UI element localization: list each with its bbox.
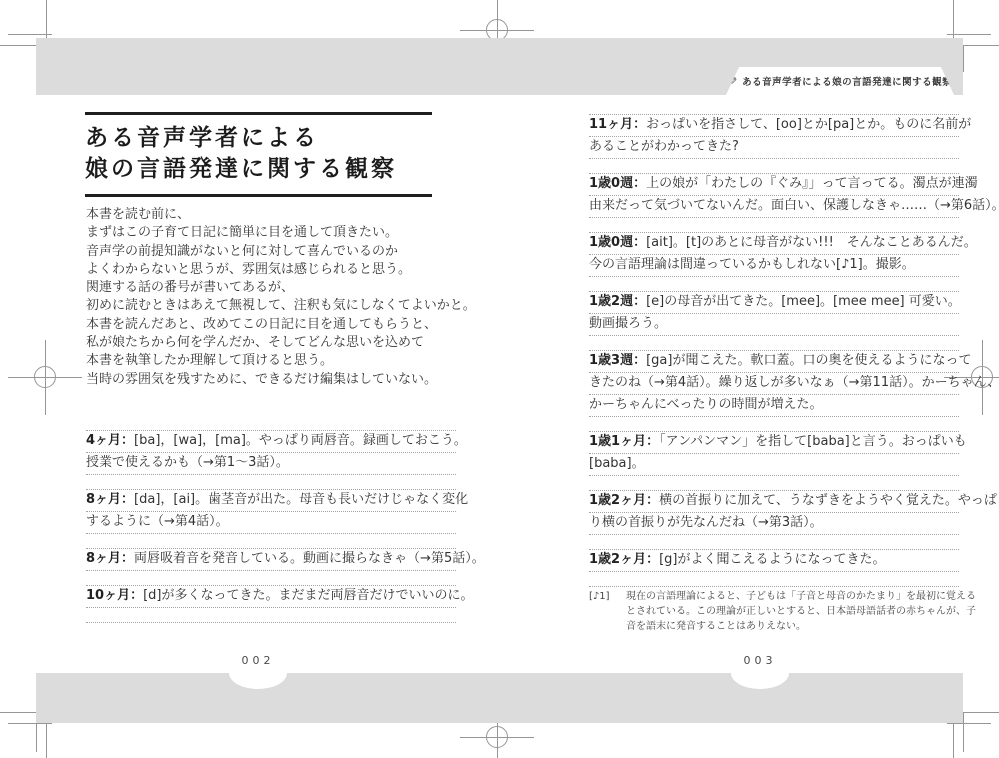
entry-label: 1歳3週：	[589, 353, 646, 368]
entry-line: 授業で使えるかも（→第1～3話）。	[86, 453, 456, 475]
entry-line: り横の首振りが先なんだね（→第3話）。	[589, 513, 959, 535]
trim-mark-top-right	[953, 0, 954, 40]
entry-line: 1歳1ヶ月：「アンパンマン」を指して[baba]と言う。おっぱいも	[589, 432, 959, 454]
intro-line: 当時の雰囲気を残すために、できるだけ編集はしていない。	[86, 371, 486, 389]
entry-line: 4ヶ月：[ba]，[wa]，[ma]。やっぱり両唇音。録画しておこう。	[86, 431, 456, 453]
diary-entries-right: 11ヶ月：おっぱいを指さして、[oo]とか[pa]とか。ものに名前が あることが…	[589, 114, 959, 587]
running-head-tab: ✎ ある音声学者による娘の言語発達に関する観察	[726, 67, 954, 95]
entry-line: 1歳0週：上の娘が「わたしの『ぐみ』」って言ってる。濁点が連濁	[589, 174, 959, 196]
registration-mark-left	[34, 366, 56, 388]
diary-entry: 1歳0週：[ait]。[t]のあとに母音がない!!! そんなことあるんだ。 今の…	[589, 232, 959, 277]
diary-entry: 10ヶ月：[d]が多くなってきた。まだまだ両唇音だけでいいのに。	[86, 585, 456, 608]
entry-text: [g]がよく聞こえるようになってきた。	[659, 552, 885, 567]
entry-label: 8ヶ月：	[86, 551, 134, 566]
entry-label: 8ヶ月：	[86, 492, 134, 507]
trim-mark-bottom-right	[953, 718, 954, 758]
footnote-marker: [♪1]	[589, 589, 626, 634]
entry-text: [e]の母音が出てきた。[mee]。[mee mee] 可愛い。	[646, 294, 961, 309]
trim-mark-bottom-left	[46, 718, 47, 758]
intro-line: 初めに読むときはあえて無視して、注釈も気にしなくてよいかと。	[86, 297, 486, 315]
chapter-title-line2: 娘の言語発達に関する観察	[85, 154, 432, 185]
entry-line: 8ヶ月：[da]，[ai]。歯茎音が出た。母音も長いだけじゃなく変化	[86, 490, 456, 512]
intro-line: 私が娘たちから何を学んだか、そしてどんな思いを込めて	[86, 334, 486, 352]
page-number-right: 003	[700, 654, 820, 667]
trim-mark-bottom-right	[963, 712, 999, 713]
entry-line: 10ヶ月：[d]が多くなってきた。まだまだ両唇音だけでいいのに。	[86, 586, 456, 608]
intro-line: 本書を読む前に、	[86, 206, 486, 224]
entry-label: 1歳2週：	[589, 294, 646, 309]
entry-text: [ba]，[wa]，[ma]。やっぱり両唇音。録画しておこう。	[134, 433, 467, 448]
entry-text: 横の首振りに加えて、うなずきをようやく覚えた。やっぱ	[659, 493, 997, 508]
entry-text: り横の首振りが先なんだね（→第3話）。	[589, 515, 823, 530]
entry-text: 上の娘が「わたしの『ぐみ』」って言ってる。濁点が連濁	[646, 176, 978, 191]
entry-label: 1歳2ヶ月：	[589, 493, 659, 508]
entry-label: 1歳1ヶ月：	[589, 434, 659, 449]
entry-text: [da]，[ai]。歯茎音が出た。母音も長いだけじゃなく変化	[134, 492, 468, 507]
entry-label: 1歳2ヶ月：	[589, 552, 659, 567]
diary-entry: 1歳2週：[e]の母音が出てきた。[mee]。[mee mee] 可愛い。 動画…	[589, 291, 959, 336]
entry-text: [ait]。[t]のあとに母音がない!!! そんなことあるんだ。	[646, 235, 977, 250]
diary-entry: 8ヶ月：[da]，[ai]。歯茎音が出た。母音も長いだけじゃなく変化 するように…	[86, 489, 456, 534]
entry-text: 動画撮ろう。	[589, 316, 667, 331]
diary-entry: 11ヶ月：おっぱいを指さして、[oo]とか[pa]とか。ものに名前が あることが…	[589, 114, 959, 159]
trim-mark-bottom-left	[0, 712, 36, 713]
diary-entry: 1歳2ヶ月：[g]がよく聞こえるようになってきた。	[589, 549, 959, 572]
entry-line: 11ヶ月：おっぱいを指さして、[oo]とか[pa]とか。ものに名前が	[589, 115, 959, 137]
trailing-rule	[86, 622, 456, 623]
book-spread: ✎ ある音声学者による娘の言語発達に関する観察 ある音声学者による 娘の言語発達…	[0, 0, 999, 758]
entry-line: 1歳2ヶ月：[g]がよく聞こえるようになってきた。	[589, 550, 959, 572]
entry-text: かーちゃんにべったりの時間が増えた。	[589, 397, 822, 412]
bottom-bleed-band	[36, 673, 963, 723]
intro-line: 音声学の前提知識がないと何に対して喜んでいるのか	[86, 243, 486, 261]
diary-entry: 1歳0週：上の娘が「わたしの『ぐみ』」って言ってる。濁点が連濁 由来だって気づい…	[589, 173, 959, 218]
diary-entry: 4ヶ月：[ba]，[wa]，[ma]。やっぱり両唇音。録画しておこう。 授業で使…	[86, 430, 456, 475]
entry-line: かーちゃんにべったりの時間が増えた。	[589, 395, 959, 417]
entry-text: 両唇吸着音を発音している。動画に撮らなきゃ（→第5話）。	[134, 551, 485, 566]
entry-line: 由来だって気づいてないんだ。面白い、保護しなきゃ……（→第6話）。	[589, 196, 959, 218]
intro-paragraph: 本書を読む前に、 まずはこの子育て日記に簡単に目を通して頂きたい。 音声学の前提…	[86, 206, 486, 389]
entry-line: 今の言語理論は間違っているかもしれない[♪1]。撮影。	[589, 255, 959, 277]
chapter-title-block: ある音声学者による 娘の言語発達に関する観察	[85, 112, 432, 197]
trim-mark-top-left	[46, 0, 47, 40]
trailing-rule	[589, 586, 959, 587]
entry-text: [baba]。	[589, 456, 645, 471]
footnote-line: 音を語末に発音することはありえない。	[626, 619, 976, 634]
diary-entry: 1歳3週：[ga]が聞こえた。軟口蓋。口の奥を使えるようになって きたのね（→第…	[589, 350, 959, 417]
entry-text: [d]が多くなってきた。まだまだ両唇音だけでいいのに。	[143, 588, 473, 603]
intro-line: 本書を執筆したか理解して頂けると思う。	[86, 352, 486, 370]
trim-mark-top-right	[963, 45, 999, 46]
entry-text: おっぱいを指さして、[oo]とか[pa]とか。ものに名前が	[646, 117, 971, 132]
trim-mark-bottom-right	[963, 712, 964, 752]
intro-line: 関連する話の番号が書いてあるが、	[86, 279, 486, 297]
diary-entries-left: 4ヶ月：[ba]，[wa]，[ma]。やっぱり両唇音。録画しておこう。 授業で使…	[86, 430, 456, 623]
entry-text: 今の言語理論は間違っているかもしれない[♪1]。撮影。	[589, 257, 915, 272]
entry-text: するように（→第4話）。	[86, 514, 229, 529]
footnote-line: とされている。この理論が正しいとすると、日本語母語話者の赤ちゃんが、子	[626, 604, 976, 619]
intro-line: 本書を読んだあと、改めてこの日記に目を通してもらうと、	[86, 316, 486, 334]
trim-mark-top-left	[0, 45, 36, 46]
diary-entry: 1歳1ヶ月：「アンパンマン」を指して[baba]と言う。おっぱいも [baba]…	[589, 431, 959, 476]
entry-line: 1歳0週：[ait]。[t]のあとに母音がない!!! そんなことあるんだ。	[589, 233, 959, 255]
entry-label: 4ヶ月：	[86, 433, 134, 448]
trim-mark-top-right	[963, 45, 964, 72]
entry-label: 1歳0週：	[589, 235, 646, 250]
footnote-body: 現在の言語理論によると、子どもは「子音と母音のかたまり」を最初に覚える とされて…	[626, 589, 976, 634]
entry-text: 由来だって気づいてないんだ。面白い、保護しなきゃ……（→第6話）。	[589, 198, 999, 213]
entry-line: 1歳3週：[ga]が聞こえた。軟口蓋。口の奥を使えるようになって	[589, 351, 959, 373]
diary-entry: 8ヶ月：両唇吸着音を発音している。動画に撮らなきゃ（→第5話）。	[86, 548, 456, 571]
entry-line: あることがわかってきた?	[589, 137, 959, 159]
intro-line: よくわからないと思うが、雰囲気は感じられると思う。	[86, 261, 486, 279]
entry-label: 1歳0週：	[589, 176, 646, 191]
entry-line: 1歳2ヶ月：横の首振りに加えて、うなずきをようやく覚えた。やっぱ	[589, 491, 959, 513]
entry-line: 1歳2週：[e]の母音が出てきた。[mee]。[mee mee] 可愛い。	[589, 292, 959, 314]
entry-text: きたのね（→第4話）。繰り返しが多いなぁ（→第11話）。かーちゃん、	[589, 375, 999, 390]
chapter-title-line1: ある音声学者による	[85, 123, 432, 154]
intro-line: まずはこの子育て日記に簡単に目を通して頂きたい。	[86, 224, 486, 242]
entry-text: あることがわかってきた?	[589, 139, 739, 154]
footnote-line: 現在の言語理論によると、子どもは「子音と母音のかたまり」を最初に覚える	[626, 589, 976, 604]
entry-text: 授業で使えるかも（→第1～3話）。	[86, 455, 289, 470]
entry-line: [baba]。	[589, 454, 959, 476]
entry-text: [ga]が聞こえた。軟口蓋。口の奥を使えるようになって	[646, 353, 971, 368]
footnote: [♪1] 現在の言語理論によると、子どもは「子音と母音のかたまり」を最初に覚える…	[589, 589, 959, 634]
registration-mark-bottom	[486, 726, 508, 748]
page-number-left: 002	[198, 654, 318, 667]
running-head-text: ある音声学者による娘の言語発達に関する観察	[742, 74, 952, 88]
diary-entry: 1歳2ヶ月：横の首振りに加えて、うなずきをようやく覚えた。やっぱ り横の首振りが…	[589, 490, 959, 535]
entry-line: きたのね（→第4話）。繰り返しが多いなぁ（→第11話）。かーちゃん、	[589, 373, 959, 395]
entry-text: 「アンパンマン」を指して[baba]と言う。おっぱいも	[659, 434, 967, 449]
entry-line: するように（→第4話）。	[86, 512, 456, 534]
entry-line: 動画撮ろう。	[589, 314, 959, 336]
entry-label: 11ヶ月：	[589, 117, 646, 132]
entry-line: 8ヶ月：両唇吸着音を発音している。動画に撮らなきゃ（→第5話）。	[86, 549, 456, 571]
entry-label: 10ヶ月：	[86, 588, 143, 603]
